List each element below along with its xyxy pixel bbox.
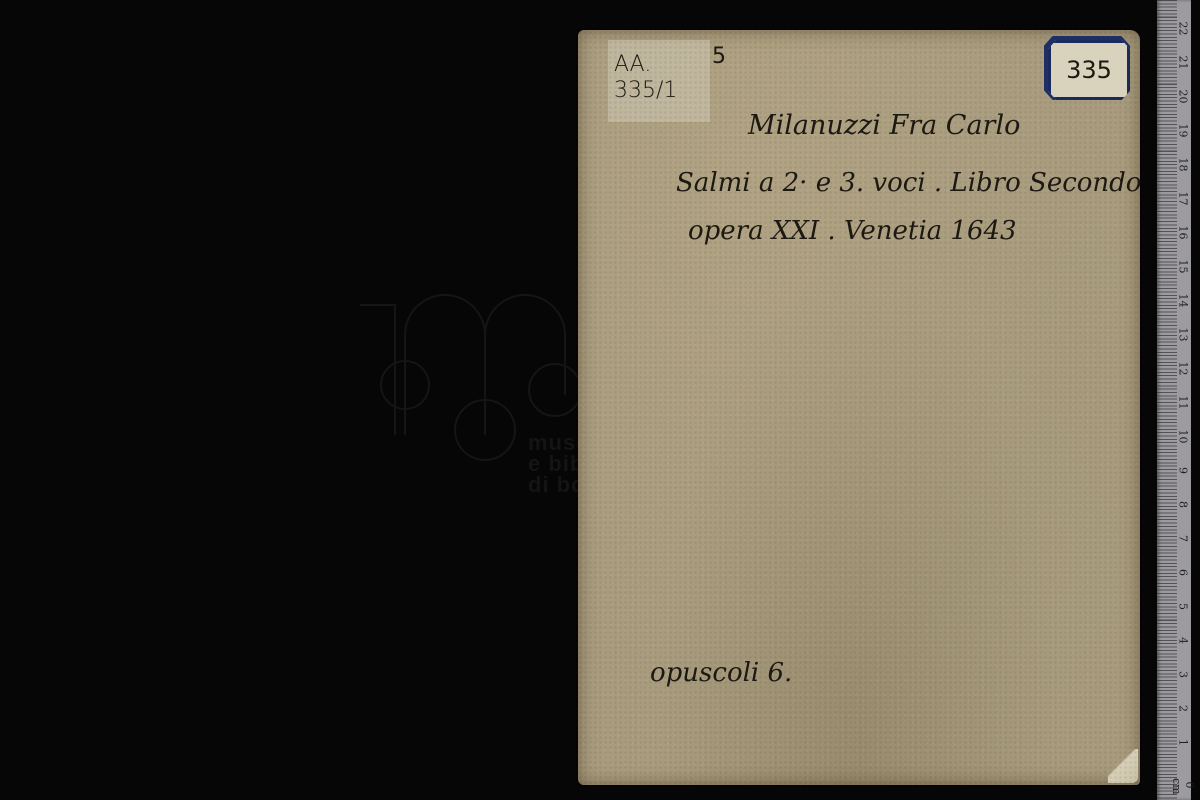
bottom-note: opuscoli 6.	[650, 658, 792, 688]
worn-corner	[1108, 749, 1138, 783]
ruler-label: 16	[1177, 226, 1190, 240]
ruler-label: 17	[1177, 192, 1190, 206]
catalog-number: 335	[1066, 56, 1112, 84]
ruler-label: 9	[1177, 464, 1190, 478]
ruler-label: 14	[1177, 294, 1190, 308]
ruler-label: 20	[1177, 90, 1190, 104]
shelf-mark-line: 335/1	[614, 78, 677, 104]
ruler-ticks	[1157, 0, 1177, 800]
ruler-label: 1	[1177, 736, 1190, 750]
title-author: Milanuzzi Fra Carlo	[748, 110, 1020, 141]
shelf-mark: AA. 335/1	[614, 52, 677, 104]
title-work: Salmi a 2· e 3. voci . Libro Secondo	[676, 168, 1141, 198]
shelf-mark-line: AA.	[614, 52, 677, 78]
book-cover: AA. 335/1 5 335 Milanuzzi Fra Carlo Salm…	[578, 30, 1140, 785]
ruler-label: 8	[1177, 498, 1190, 512]
catalog-tag: 335	[1048, 40, 1130, 100]
ruler-label: 12	[1177, 362, 1190, 376]
ruler-label: 6	[1177, 566, 1190, 580]
ruler-label: 7	[1177, 532, 1190, 546]
ruler-label: 11	[1177, 396, 1190, 410]
ruler-label: 3	[1177, 668, 1190, 682]
ruler-label: 13	[1177, 328, 1190, 342]
ruler-label: 21	[1177, 56, 1190, 70]
ruler-label: 2	[1177, 702, 1190, 716]
ruler-label: 15	[1177, 260, 1190, 274]
ruler-label: 22	[1177, 22, 1190, 36]
scan-background: musei civici e biblioteche di bologna AA…	[0, 0, 1200, 800]
ruler-label: 10	[1177, 430, 1190, 444]
measuring-ruler: 22 21 20 19 18 17 16 15 14 13 12 11 10 9…	[1157, 0, 1191, 800]
ruler-label: 0 cm	[1170, 778, 1196, 792]
ruler-label: 18	[1177, 158, 1190, 172]
title-imprint: opera XXI . Venetia 1643	[688, 216, 1017, 246]
ruler-label: 5	[1177, 600, 1190, 614]
shelf-mark-extra: 5	[712, 44, 726, 69]
ruler-label: 4	[1177, 634, 1190, 648]
ruler-label: 19	[1177, 124, 1190, 138]
